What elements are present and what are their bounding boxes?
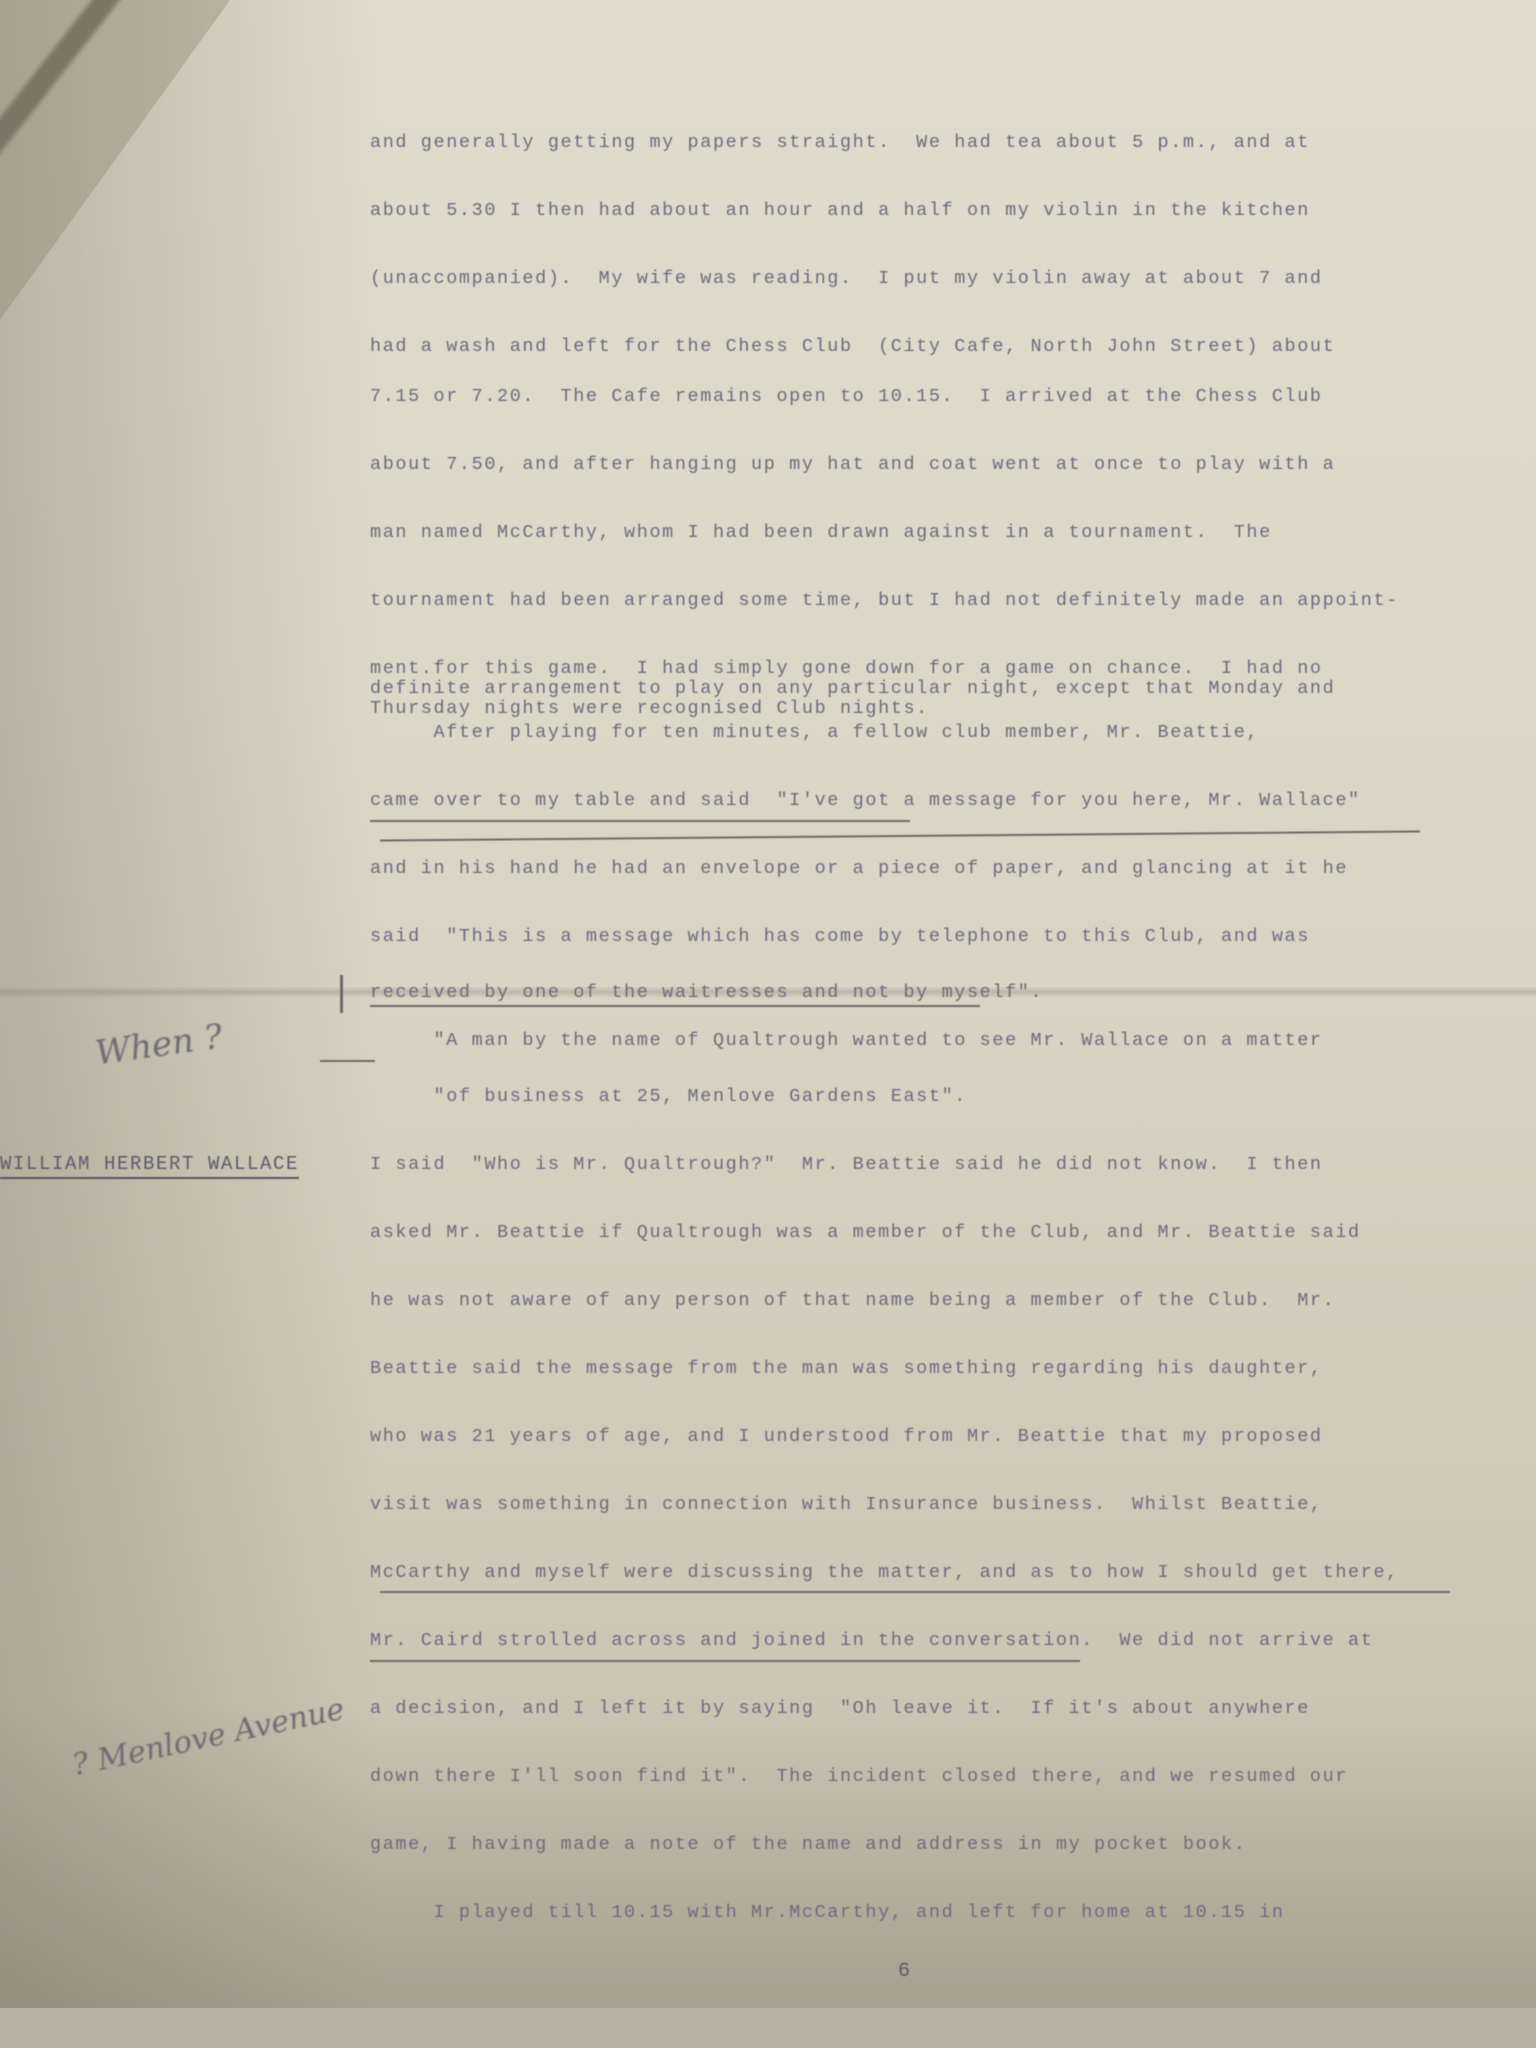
text-line: ment.for this game. I had simply gone do… [370,658,1323,679]
text-line: about 5.30 I then had about an hour and … [370,200,1310,221]
text-line: definite arrangement to play on any part… [370,678,1335,699]
text-line: asked Mr. Beattie if Qualtrough was a me… [370,1222,1361,1243]
pencil-underline [370,820,910,822]
pencil-underline [370,1005,980,1007]
pencil-tick [340,975,343,1013]
page-number: 6 [898,1960,910,1983]
text-line: who was 21 years of age, and I understoo… [370,1426,1323,1447]
text-line: said "This is a message which has come b… [370,926,1310,947]
pencil-underline [370,1660,1080,1662]
text-line: After playing for ten minutes, a fellow … [370,722,1259,743]
margin-name-label: WILLIAM HERBERT WALLACE [0,1153,299,1179]
text-line: 7.15 or 7.20. The Cafe remains open to 1… [370,386,1323,407]
text-line: Mr. Caird strolled across and joined in … [370,1630,1373,1651]
text-line: I played till 10.15 with Mr.McCarthy, an… [370,1902,1285,1923]
text-line: he was not aware of any person of that n… [370,1290,1335,1311]
text-line: had a wash and left for the Chess Club (… [370,336,1335,357]
text-line: game, I having made a note of the name a… [370,1834,1246,1855]
text-line: and in his hand he had an envelope or a … [370,858,1348,879]
text-line: "A man by the name of Qualtrough wanted … [370,1030,1323,1051]
text-line: came over to my table and said "I've got… [370,790,1361,811]
text-line: man named McCarthy, whom I had been draw… [370,522,1272,543]
text-line: a decision, and I left it by saying "Oh … [370,1698,1310,1719]
text-line: I said "Who is Mr. Qualtrough?" Mr. Beat… [370,1154,1323,1175]
text-line: tournament had been arranged some time, … [370,590,1399,611]
text-line: Thursday nights were recognised Club nig… [370,698,929,719]
text-line: and generally getting my papers straight… [370,132,1310,153]
text-line: McCarthy and myself were discussing the … [370,1562,1399,1583]
text-line: down there I'll soon find it". The incid… [370,1766,1348,1787]
text-line: visit was something in connection with I… [370,1494,1323,1515]
text-line: about 7.50, and after hanging up my hat … [370,454,1335,475]
text-line: (unaccompanied). My wife was reading. I … [370,268,1323,289]
text-line: received by one of the waitresses and no… [370,982,1043,1003]
table-surface [0,2008,1536,2048]
text-line: "of business at 25, Menlove Gardens East… [370,1086,967,1107]
pencil-dash [320,1060,375,1062]
text-line: Beattie said the message from the man wa… [370,1358,1323,1379]
pencil-underline [380,1591,1450,1593]
